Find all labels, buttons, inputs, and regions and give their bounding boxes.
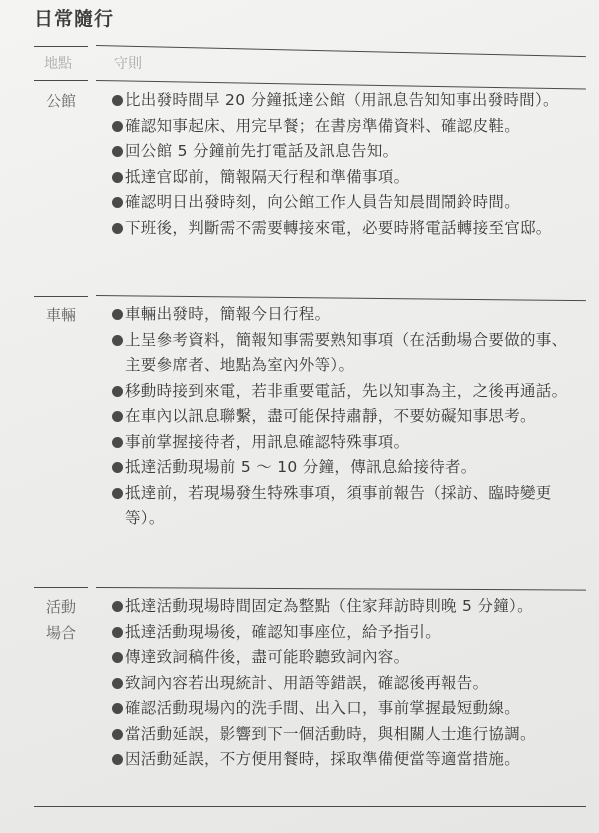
- rule-item: 比出發時間早 20 分鐘抵達公館（用訊息告知知事出發時間）。: [112, 88, 572, 114]
- bullet-icon: [112, 197, 123, 208]
- rule-item: 因活動延誤，不方便用餐時，採取準備便當等適當措施。: [112, 747, 572, 773]
- section-location-label: 活動場合: [46, 594, 86, 646]
- section-divider-left: [34, 587, 88, 588]
- rule-item: 抵達活動現場時間固定為整點（住家拜訪時則晚 5 分鐘）。: [112, 594, 572, 620]
- header-top-rule-left: [34, 46, 88, 47]
- bullet-icon: [112, 335, 123, 346]
- rule-item: 抵達官邸前，簡報隔天行程和準備事項。: [112, 165, 572, 191]
- rule-item: 確認知事起床、用完早餐；在書房準備資料、確認皮鞋。: [112, 114, 572, 140]
- rule-item: 抵達活動現場前 5 ～ 10 分鐘，傳訊息給接待者。: [112, 455, 572, 481]
- rule-item: 傳達致詞稿件後，盡可能聆聽致詞內容。: [112, 645, 572, 671]
- rule-item: 事前掌握接待者，用訊息確認特殊事項。: [112, 430, 572, 456]
- rule-item: 致詞內容若出現統計、用語等錯誤，確認後再報告。: [112, 671, 572, 697]
- rule-item: 移動時接到來電，若非重要電話，先以知事為主，之後再通話。: [112, 379, 572, 405]
- rule-item: 抵達前，若現場發生特殊事項，須事前報告（採訪、臨時變更等）。: [112, 481, 572, 532]
- rule-item: 上呈參考資料，簡報知事需要熟知事項（在活動場合要做的事、主要參席者、地點為室內外…: [112, 328, 572, 379]
- rule-item: 確認明日出發時刻，向公館工作人員告知晨間鬧鈴時間。: [112, 190, 572, 216]
- rule-item: 抵達活動現場後，確認知事座位，給予指引。: [112, 620, 572, 646]
- bullet-icon: [112, 462, 123, 473]
- bullet-icon: [112, 627, 123, 638]
- bullet-icon: [112, 121, 123, 132]
- bullet-icon: [112, 754, 123, 765]
- column-header-location: 地點: [44, 53, 72, 73]
- column-header-rules: 守則: [114, 53, 142, 73]
- section-location-label: 車輛: [46, 302, 86, 328]
- bullet-icon: [112, 411, 123, 422]
- rules-list: 車輛出發時，簡報今日行程。 上呈參考資料，簡報知事需要熟知事項（在活動場合要做的…: [112, 302, 572, 532]
- bullet-icon: [112, 95, 123, 106]
- section-divider-right: [96, 295, 586, 301]
- bullet-icon: [112, 437, 123, 448]
- rules-list: 抵達活動現場時間固定為整點（住家拜訪時則晚 5 分鐘）。 抵達活動現場後，確認知…: [112, 594, 572, 773]
- bullet-icon: [112, 652, 123, 663]
- bullet-icon: [112, 223, 123, 234]
- rule-item: 車輛出發時，簡報今日行程。: [112, 302, 572, 328]
- bullet-icon: [112, 386, 123, 397]
- rule-item: 下班後，判斷需不需要轉接來電，必要時將電話轉接至官邸。: [112, 216, 572, 242]
- rule-item: 回公館 5 分鐘前先打電話及訊息告知。: [112, 139, 572, 165]
- rule-item: 確認活動現場內的洗手間、出入口，事前掌握最短動線。: [112, 696, 572, 722]
- section-location-label: 公館: [46, 88, 86, 114]
- rule-item: 當活動延誤，影響到下一個活動時，與相關人士進行協調。: [112, 722, 572, 748]
- rule-item: 在車內以訊息聯繫，盡可能保持肅靜，不要妨礙知事思考。: [112, 404, 572, 430]
- section-divider-left: [34, 296, 88, 297]
- rules-list: 比出發時間早 20 分鐘抵達公館（用訊息告知知事出發時間）。 確認知事起床、用完…: [112, 88, 572, 241]
- header-bottom-rule-left: [34, 80, 88, 81]
- header-top-rule-right: [96, 45, 586, 57]
- bullet-icon: [112, 172, 123, 183]
- bullet-icon: [112, 488, 123, 499]
- table-bottom-rule: [34, 806, 586, 807]
- bullet-icon: [112, 678, 123, 689]
- bullet-icon: [112, 309, 123, 320]
- section-divider-right: [96, 587, 586, 591]
- bullet-icon: [112, 703, 123, 714]
- bullet-icon: [112, 729, 123, 740]
- bullet-icon: [112, 601, 123, 612]
- bullet-icon: [112, 146, 123, 157]
- page-title: 日常隨行: [34, 4, 114, 31]
